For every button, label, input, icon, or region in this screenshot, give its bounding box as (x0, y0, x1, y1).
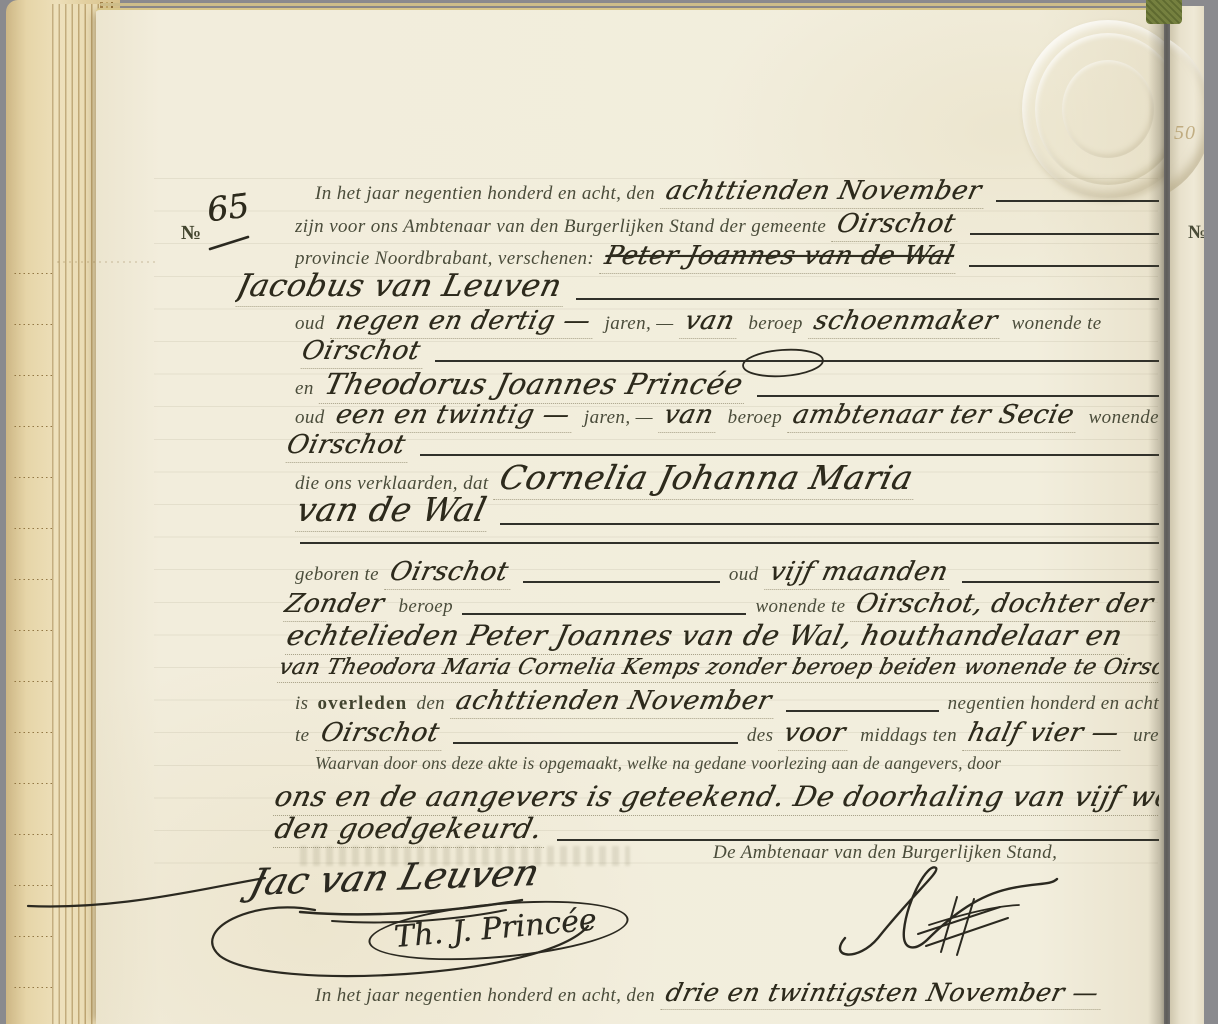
form-line: In het jaar negentien honderd en acht, d… (315, 978, 1159, 1010)
rule-line (576, 298, 1159, 300)
form-line: echtelieden Peter Joannes van de Wal, ho… (285, 619, 1159, 655)
printed-text: geboren te (295, 564, 379, 586)
act-number-symbol: № (181, 222, 201, 245)
handwritten-text: van (658, 400, 722, 433)
handwritten-text: een en twintig — (330, 400, 579, 433)
handwritten-text: van de Wal (295, 490, 496, 532)
printed-text: en (295, 378, 314, 400)
form-line: zijn voor ons Ambtenaar van den Burgerli… (295, 209, 1159, 242)
printed-text: In het jaar negentien honderd en acht, d… (315, 183, 655, 205)
binding-cloth (1146, 0, 1182, 24)
printed-text: beroep (728, 407, 782, 429)
rule-line (962, 581, 1159, 583)
printed-text: jaren, — (584, 407, 653, 429)
handwritten-text: Oirschot (300, 336, 429, 369)
printed-text: wonende te (1012, 313, 1102, 335)
rule-line (420, 454, 1159, 456)
rule-line (435, 360, 1159, 362)
printed-text: oud (295, 313, 325, 335)
rule-line (523, 581, 720, 583)
form-line: isoverledendenachttienden Novembernegent… (295, 686, 1159, 719)
handwritten-text: achttienden November (660, 176, 990, 209)
rule-line (969, 265, 1159, 267)
printed-text: beroep (748, 313, 802, 335)
handwritten-text: Theodorus Joannes Princée (318, 367, 752, 404)
page-edge-streaks (52, 4, 102, 1024)
handwritten-text: voor (779, 718, 855, 751)
handwritten-text: den goedgekeurd. (273, 812, 552, 848)
printed-text: zijn voor ons Ambtenaar van den Burgerli… (295, 216, 826, 238)
handwritten-text: Oirschot (831, 209, 964, 242)
printed-text: negentien honderd en acht (948, 693, 1159, 715)
rule-line (757, 395, 1159, 397)
rule-line (557, 839, 1159, 841)
rule-line (970, 233, 1159, 235)
printed-text: des (747, 725, 774, 747)
form-line: van Theodora Maria Cornelia Kemps zonder… (277, 655, 1159, 683)
act-number-symbol-right: № (1188, 222, 1204, 244)
printed-text: oud (729, 564, 759, 586)
next-page-sliver: 50 № (1170, 6, 1204, 1024)
rule-line (786, 710, 939, 712)
form-line: oudeen en twintig —jaren, —vanberoepambt… (295, 400, 1159, 433)
form-line: geboren teOirschotoudvijf maanden (295, 557, 1159, 590)
seal-denomination: 50 (1174, 122, 1196, 145)
handwritten-text: achttienden November (450, 686, 780, 719)
handwritten-text: echtelieden Peter Joannes van de Wal, ho… (285, 619, 1132, 655)
printed-text: wonende te (755, 596, 845, 618)
form-line: ons en de aangevers is geteekend. De doo… (273, 780, 1159, 816)
printed-text: provincie Noordbrabant, verschenen: (295, 248, 594, 270)
act-number-handwritten: 65 (205, 186, 251, 230)
handwritten-text: Oirschot, dochter der (851, 589, 1159, 622)
form-line (300, 542, 1159, 551)
printed-text-bold: overleden (317, 693, 407, 715)
printed-text: is (295, 693, 308, 715)
handwritten-text: negen en dertig — (330, 306, 600, 339)
form-line: enTheodorus Joannes Princée (295, 367, 1159, 404)
printed-text: oud (295, 407, 325, 429)
form-line: Oirschot (300, 336, 1159, 369)
handwritten-text: vijf maanden (764, 557, 957, 590)
printed-text: beroep (399, 596, 453, 618)
register-book-scan: In het jaar negentien honderd en acht, d… (0, 0, 1218, 1024)
printed-text: jaren, — (605, 313, 674, 335)
handwritten-text: ambtenaar ter Secie (787, 400, 1083, 433)
printed-text: In het jaar negentien honderd en acht, d… (315, 985, 655, 1007)
handwritten-text: Oirschot (315, 718, 448, 751)
binding-stitch-dots (13, 248, 55, 1020)
handwritten-text: ons en de aangevers is geteekend. De doo… (273, 780, 1159, 816)
handwritten-text: van (679, 306, 743, 339)
rule-line (996, 200, 1159, 202)
rule-line (500, 523, 1159, 525)
handwritten-text: Oirschot (384, 557, 517, 590)
handwritten-text: Zonder (283, 589, 393, 622)
form-line: van de Wal (295, 490, 1159, 532)
form-line: Zonderberoepwonende teOirschot, dochter … (283, 589, 1159, 622)
rule-line (462, 613, 746, 615)
handwritten-text: Jacobus van Leuven (235, 268, 571, 307)
printed-text: Waarvan door ons deze akte is opgemaakt,… (315, 753, 1001, 774)
form-line: teOirschotdesvoormiddags tenhalf vier —u… (295, 718, 1159, 751)
printed-text: den (416, 693, 445, 715)
rule-line (453, 742, 738, 744)
rule-line (300, 542, 1159, 544)
handwritten-text: half vier — (962, 718, 1128, 751)
handwritten-text: van Theodora Maria Cornelia Kemps zonder… (277, 655, 1159, 683)
printed-text: middags ten (860, 725, 957, 747)
form-line: Waarvan door ons deze akte is opgemaakt,… (315, 753, 1159, 774)
form-line: Jacobus van Leuven (235, 268, 1159, 307)
printed-text: De Ambtenaar van den Burgerlijken Stand, (713, 842, 1057, 864)
handwritten-text: schoenmaker (808, 306, 1006, 339)
form-line: In het jaar negentien honderd en acht, d… (315, 176, 1159, 209)
handwritten-text: drie en twintigsten November — (660, 978, 1107, 1010)
form-line: oudnegen en dertig —jaren, —vanberoepsch… (295, 306, 1159, 339)
printed-text: te (295, 725, 310, 747)
embossed-tax-seal-right (1170, 28, 1204, 204)
form-line: De Ambtenaar van den Burgerlijken Stand, (713, 842, 1159, 864)
